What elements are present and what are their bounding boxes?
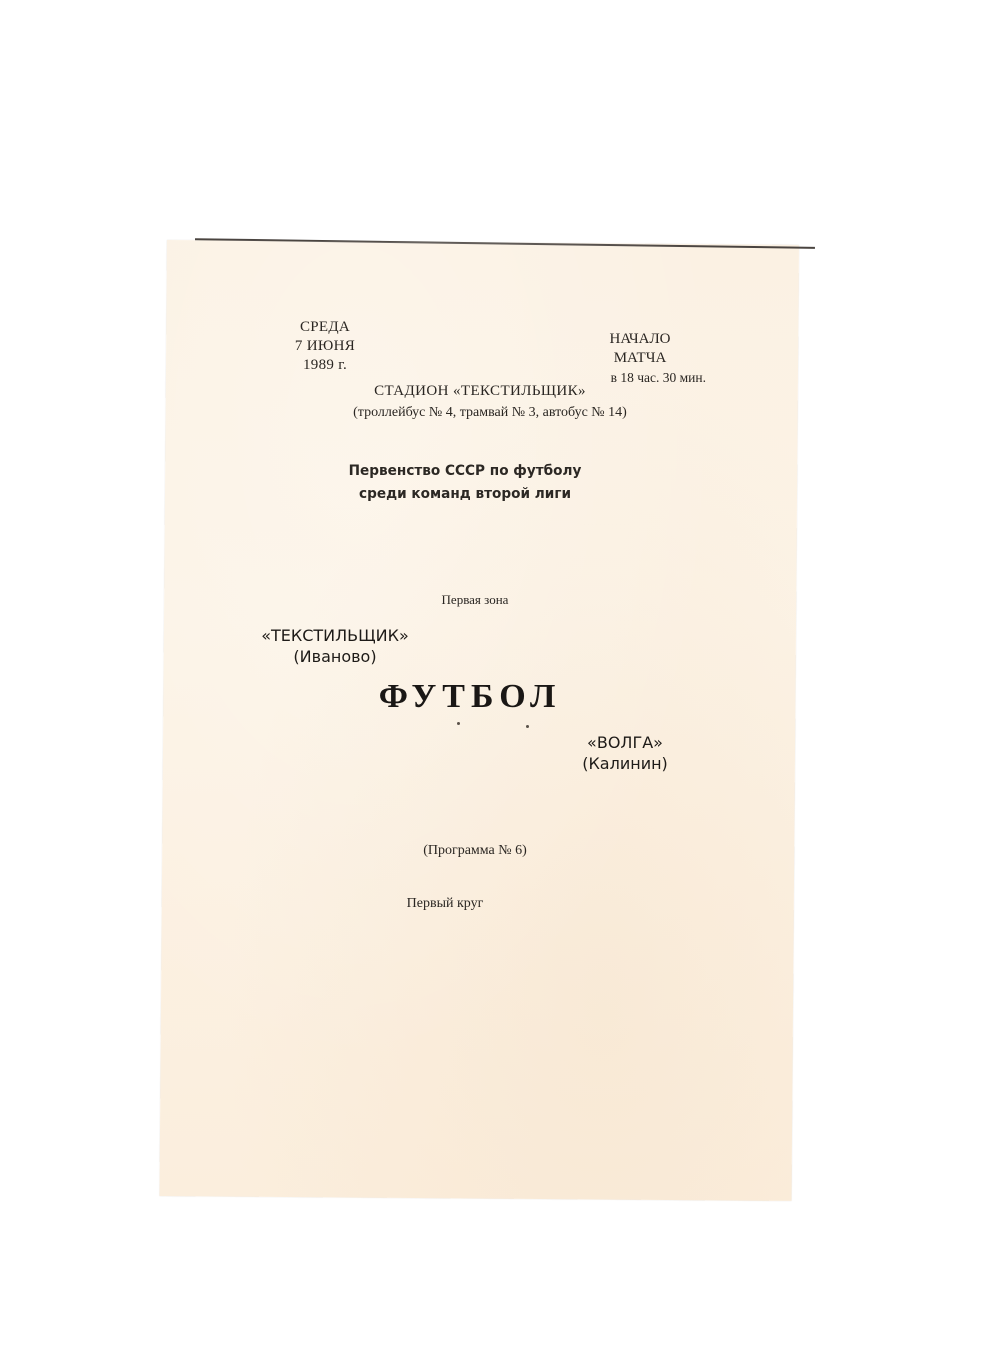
sport-title: ФУТБОЛ: [360, 678, 580, 716]
home-team: «ТЕКСТИЛЬЩИК» (Иваново): [245, 625, 425, 667]
weekday: СРЕДА: [270, 318, 380, 337]
championship-title: Первенство СССР по футболу среди команд …: [310, 460, 620, 506]
transport-info: (троллейбус № 4, трамвай № 3, автобус № …: [280, 405, 700, 421]
championship-line-2: среди команд второй лиги: [310, 483, 620, 506]
kickoff-info: НАЧАЛО МАТЧА в 18 час. 30 мин.: [570, 330, 710, 387]
away-team: «ВОЛГА» (Калинин): [565, 732, 685, 774]
day-month: 7 ИЮНЯ: [270, 337, 380, 356]
print-speck: [526, 725, 529, 728]
kickoff-label-2: МАТЧА: [570, 349, 710, 368]
home-team-city: (Иваново): [245, 646, 425, 667]
round-label: Первый круг: [380, 896, 510, 912]
zone-label: Первая зона: [400, 592, 550, 608]
program-number: (Программа № 6): [390, 843, 560, 859]
away-team-city: (Калинин): [565, 753, 685, 774]
home-team-name: «ТЕКСТИЛЬЩИК»: [245, 625, 425, 646]
championship-line-1: Первенство СССР по футболу: [310, 460, 620, 483]
match-date: СРЕДА 7 ИЮНЯ 1989 г.: [270, 318, 380, 375]
kickoff-label-1: НАЧАЛО: [570, 330, 710, 349]
year: 1989 г.: [270, 356, 380, 375]
away-team-name: «ВОЛГА»: [565, 732, 685, 753]
print-speck: [457, 722, 460, 725]
stadium-name: СТАДИОН «ТЕКСТИЛЬЩИК»: [300, 383, 660, 400]
